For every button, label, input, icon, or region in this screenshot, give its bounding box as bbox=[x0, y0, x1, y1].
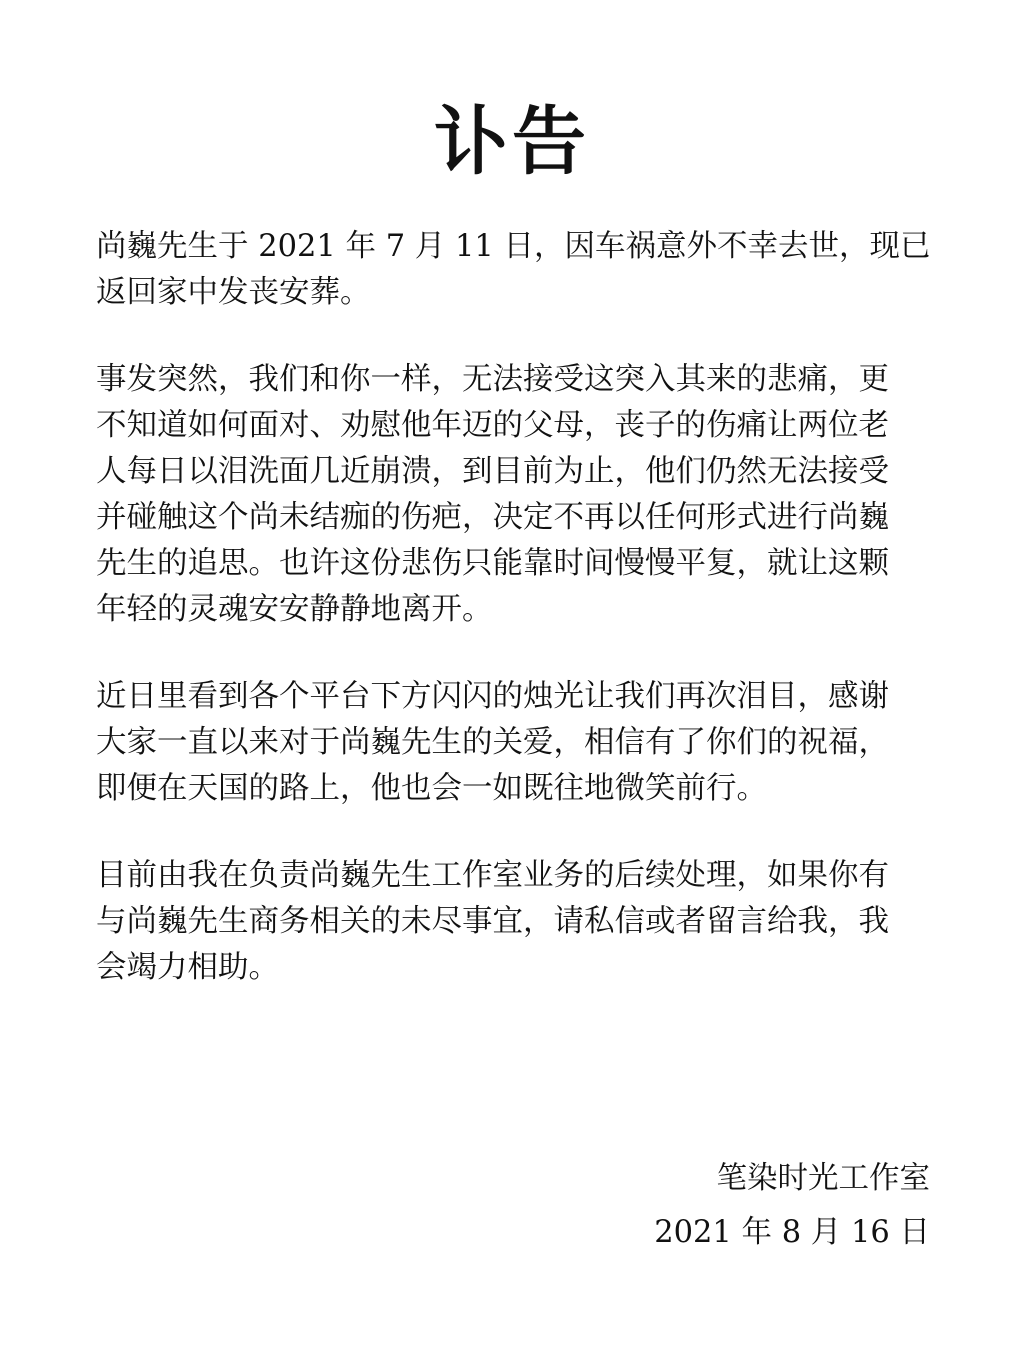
paragraph-announcement: 尚巍先生于 2021 年 7 月 11 日，因车祸意外不幸去世，现已 返回家中发… bbox=[96, 224, 930, 316]
paragraph-family: 事发突然，我们和你一样，无法接受这突入其来的悲痛，更 不知道如何面对、劝慰他年迈… bbox=[96, 357, 930, 633]
text-line: 返回家中发丧安葬。 bbox=[96, 270, 930, 316]
signature-organization: 笔染时光工作室 bbox=[654, 1152, 930, 1206]
paragraph-business: 目前由我在负责尚巍先生工作室业务的后续处理，如果你有 与尚巍先生商务相关的未尽事… bbox=[96, 853, 930, 991]
text-line: 事发突然，我们和你一样，无法接受这突入其来的悲痛，更 bbox=[96, 357, 930, 403]
text-line: 先生的追思。也许这份悲伤只能靠时间慢慢平复，就让这颗 bbox=[96, 541, 930, 587]
text-line: 目前由我在负责尚巍先生工作室业务的后续处理，如果你有 bbox=[96, 853, 930, 899]
text-line: 人每日以泪洗面几近崩溃，到目前为止，他们仍然无法接受 bbox=[96, 449, 930, 495]
document-body: 尚巍先生于 2021 年 7 月 11 日，因车祸意外不幸去世，现已 返回家中发… bbox=[96, 224, 930, 1032]
text-line: 近日里看到各个平台下方闪闪的烛光让我们再次泪目，感谢 bbox=[96, 674, 930, 720]
text-line: 不知道如何面对、劝慰他年迈的父母，丧子的伤痛让两位老 bbox=[96, 403, 930, 449]
text-line: 大家一直以来对于尚巍先生的关爱，相信有了你们的祝福， bbox=[96, 720, 930, 766]
text-line: 即便在天国的路上，他也会一如既往地微笑前行。 bbox=[96, 766, 930, 812]
document-title: 讣告 bbox=[0, 92, 1024, 192]
text-line: 会竭力相助。 bbox=[96, 945, 930, 991]
text-line: 并碰触这个尚未结痂的伤疤，决定不再以任何形式进行尚巍 bbox=[96, 495, 930, 541]
text-line: 年轻的灵魂安安静静地离开。 bbox=[96, 587, 930, 633]
signature-date: 2021 年 8 月 16 日 bbox=[654, 1206, 930, 1260]
signature-block: 笔染时光工作室 2021 年 8 月 16 日 bbox=[654, 1152, 930, 1260]
text-line: 尚巍先生于 2021 年 7 月 11 日，因车祸意外不幸去世，现已 bbox=[96, 224, 930, 270]
text-line: 与尚巍先生商务相关的未尽事宜，请私信或者留言给我，我 bbox=[96, 899, 930, 945]
paragraph-thanks: 近日里看到各个平台下方闪闪的烛光让我们再次泪目，感谢 大家一直以来对于尚巍先生的… bbox=[96, 674, 930, 812]
